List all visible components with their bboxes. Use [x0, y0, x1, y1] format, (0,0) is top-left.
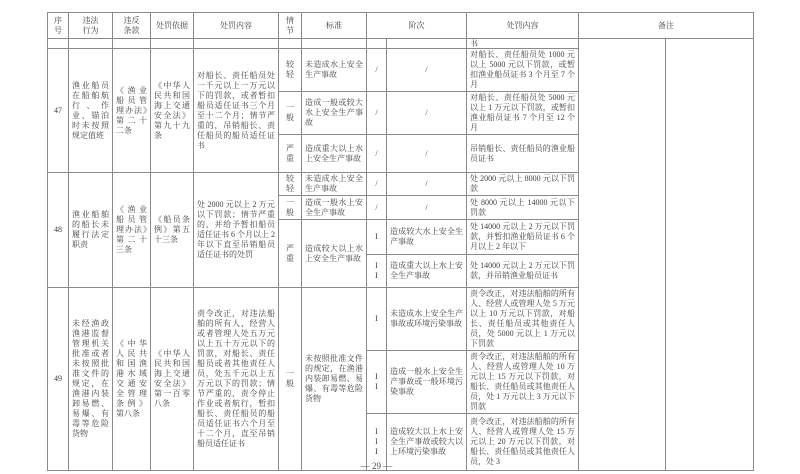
r48-s3-substandard: 造成较大水上安全生产事故	[387, 220, 467, 255]
r49-standard: 未按照批准文件的规定，在渔港内装卸易燃、易爆、有毒等危险货物	[302, 288, 367, 471]
r48-s2-stage: /	[367, 196, 387, 220]
header-clause: 违反 条款	[113, 13, 151, 39]
r47-s2-circumstance: 一 般	[279, 92, 302, 135]
r48-behavior: 渔业船舶的船长未履行法定职责	[69, 173, 113, 288]
r48-s2-penalty2: 处 8000 元以上 14000 元以下罚款	[467, 196, 579, 220]
r49-clause: 《中华人民共和国渔港水域交通安全管理条例》第八条	[113, 288, 151, 471]
remark-col-2	[666, 39, 754, 471]
r48-basis: 《船员条例》第五十三条	[151, 173, 194, 288]
r49-s1-substandard: 未造成水上安全生产事故或环境污染事故	[387, 288, 467, 351]
r48-s1-substandard: /	[387, 173, 467, 196]
document-page: 序 号 违法 行为 违反 条款 处罚依据 处罚内容 情 节 标准 阶次 处罚内容…	[0, 0, 800, 474]
r48-s1-standard: 未造成水上安全生产事故	[302, 173, 367, 196]
cont-basis	[151, 39, 194, 49]
r48-s3-penalty2: 处 14000 元以上 2 万元以下罚款，并暂扣渔业船员证书 6 个月以上 2 …	[467, 220, 579, 255]
r47-s3-penalty2: 吊销船长、责任船员的渔业船员证书	[467, 135, 579, 173]
page-number: — 29 —	[0, 461, 753, 471]
r48-s2-circumstance: 一 般	[279, 196, 302, 220]
r48-s4-penalty2: 处 14000 元以上 2 万元以下罚款，并吊销渔业船员证书	[467, 255, 579, 288]
r48-s4-stage: I I	[367, 255, 387, 288]
header-circumstance: 情 节	[279, 13, 302, 39]
r47-s3-circumstance: 严 重	[279, 135, 302, 173]
cont-standard	[302, 39, 367, 49]
r47-s2-standard: 造成一般或较大水上安全生产事故	[302, 92, 367, 135]
continuation-row: 书	[48, 39, 754, 49]
r48-s1-circumstance: 较 轻	[279, 173, 302, 196]
remark-col-1	[579, 39, 666, 471]
r48-no: 48	[48, 173, 69, 288]
r48-s2-substandard: /	[387, 196, 467, 220]
r49-basis: 《中华人民共和国海上交通安全法》第一百零八条	[151, 288, 194, 471]
r47-s3-standard: 造成重大以上水上安全生产事故	[302, 135, 367, 173]
penalty-table: 序 号 违法 行为 违反 条款 处罚依据 处罚内容 情 节 标准 阶次 处罚内容…	[47, 12, 754, 471]
header-penalty: 处罚内容	[194, 13, 279, 39]
r48-s3-stage: I	[367, 220, 387, 255]
r47-basis: 《中华人民共和国海上交通安全法》第九十九条	[151, 49, 194, 173]
r49-s2-penalty2: 责令改正，对违法船舶的所有人、经营人或管理人处 10 万元以上 15 万元以下罚…	[467, 351, 579, 414]
cont-clause	[113, 39, 151, 49]
r47-s1-substandard: /	[387, 49, 467, 92]
r47-s3-stage: /	[367, 135, 387, 173]
r47-penalty: 对船长、责任船员处一千元以上一万元以下的罚款，或者暂扣船员适任证书三个月至十二个…	[194, 49, 279, 173]
r47-s1-standard: 未造成水上安全生产事故	[302, 49, 367, 92]
r48-s2-standard: 造成一般水上安全生产事故	[302, 196, 367, 220]
r47-s3-substandard: /	[387, 135, 467, 173]
cont-behavior	[69, 39, 113, 49]
header-behavior: 违法 行为	[69, 13, 113, 39]
r47-no: 47	[48, 49, 69, 173]
r47-behavior: 渔业船员在船舶航行、作业、锚泊时未按照规定值班	[69, 49, 113, 173]
r47-clause: 《渔业船员管理办法》第二十二条	[113, 49, 151, 173]
r48-s1-penalty2: 处 2000 元以上 8000 元以下罚款	[467, 173, 579, 196]
r49-s1-stage: I	[367, 288, 387, 351]
r47-s1-stage: /	[367, 49, 387, 92]
header-stage: 阶次	[367, 13, 467, 39]
r49-behavior: 未经渔政渔港监督管理机关批准或者未按照批准文件的规定，在渔港内装卸易燃、易爆、有…	[69, 288, 113, 471]
r48-s1-stage: /	[367, 173, 387, 196]
header-penalty2: 处罚内容	[467, 13, 579, 39]
r47-s1-penalty2: 对船长、责任船员处 1000 元以上 5000 元以下罚款，或暂扣渔业船员证书 …	[467, 49, 579, 92]
cont-circumstance	[279, 39, 302, 49]
cont-stage	[367, 39, 387, 49]
header-no: 序 号	[48, 13, 69, 39]
r47-s2-stage: /	[367, 92, 387, 135]
r49-no: 49	[48, 288, 69, 471]
header-standard: 标准	[302, 13, 367, 39]
r49-s2-substandard: 造成一般水上安全生产事故或一般环境污染事故	[387, 351, 467, 414]
header-remark: 备注	[579, 13, 754, 39]
cont-substandard	[387, 39, 467, 49]
r48-s3-circumstance: 严 重	[279, 220, 302, 288]
r48-penalty: 处 2000 元以上 2 万元以下罚款；情节严重的，并给予暂扣船员适任证书 6 …	[194, 173, 279, 288]
r49-circumstance: 一 般	[279, 288, 302, 471]
cont-penalty	[194, 39, 279, 49]
r48-s4-substandard: 造成重大以上水上安全生产事故	[387, 255, 467, 288]
header-basis: 处罚依据	[151, 13, 194, 39]
r47-s2-penalty2: 对船长、责任船员处 5000 元以上 1 万元以下罚款，或暂扣渔业船员证书 7 …	[467, 92, 579, 135]
cont-penalty2: 书	[467, 39, 579, 49]
r49-penalty: 责令改正，对违法船舶的所有人、经营人或者管理人处五万元以上五十万元以下的罚款，对…	[194, 288, 279, 471]
r49-s2-stage: I I	[367, 351, 387, 414]
r47-s2-substandard: /	[387, 92, 467, 135]
cont-no	[48, 39, 69, 49]
r47-s1-circumstance: 较 轻	[279, 49, 302, 92]
r48-s3-standard: 造成较大以上水上安全生产事故	[302, 220, 367, 288]
header-row: 序 号 违法 行为 违反 条款 处罚依据 处罚内容 情 节 标准 阶次 处罚内容…	[48, 13, 754, 39]
r49-s1-penalty2: 责令改正，对违法船舶的所有人、经营人或管理人处 5 万元以上 10 万元以下罚款…	[467, 288, 579, 351]
r48-clause: 《渔业船员管理办法》第二十三条	[113, 173, 151, 288]
